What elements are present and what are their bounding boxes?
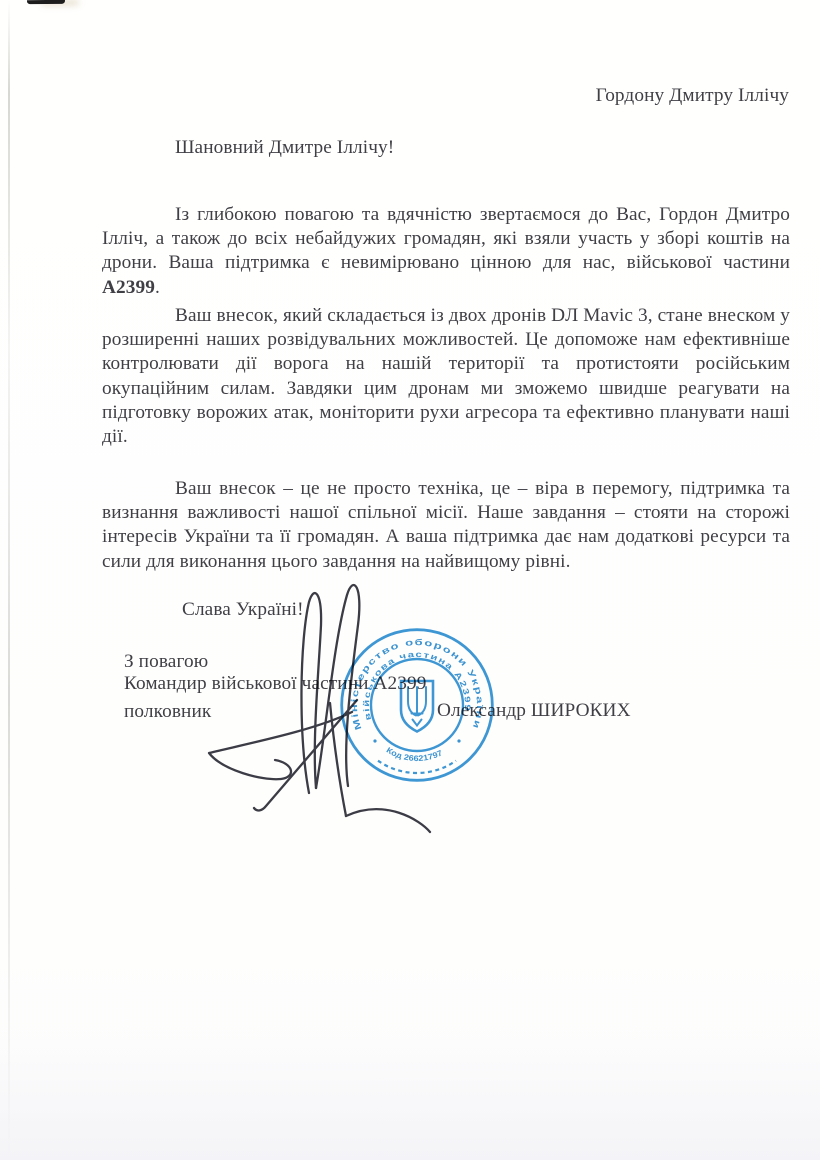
signature-tail xyxy=(346,809,430,832)
signature-ink xyxy=(195,570,495,845)
military-unit-number: А2399 xyxy=(102,277,155,298)
salutation-line: Шановний Дмитре Іллічу! xyxy=(175,136,394,160)
letter-page: Гордону Дмитру Іллічу Шановний Дмитре Іл… xyxy=(0,0,820,1160)
scan-crease-line xyxy=(8,0,10,1160)
paragraph-2: Ваш внесок, який складається із двох дро… xyxy=(102,304,790,449)
scan-shadow xyxy=(0,1035,820,1160)
paragraph-1-period: . xyxy=(155,277,160,298)
paragraph-1: Із глибокою повагою та вдячністю звертає… xyxy=(102,203,790,300)
signature-loop-right xyxy=(316,585,359,788)
paragraph-1-text: Із глибокою повагою та вдячністю звертає… xyxy=(102,204,790,273)
scan-artifact-mark xyxy=(27,0,65,4)
paragraph-3: Ваш внесок – це не просто техніка, це – … xyxy=(102,477,790,574)
signature-descender xyxy=(330,703,346,816)
signature-flourish xyxy=(209,712,352,779)
recipient-line: Гордону Дмитру Іллічу xyxy=(596,84,789,108)
